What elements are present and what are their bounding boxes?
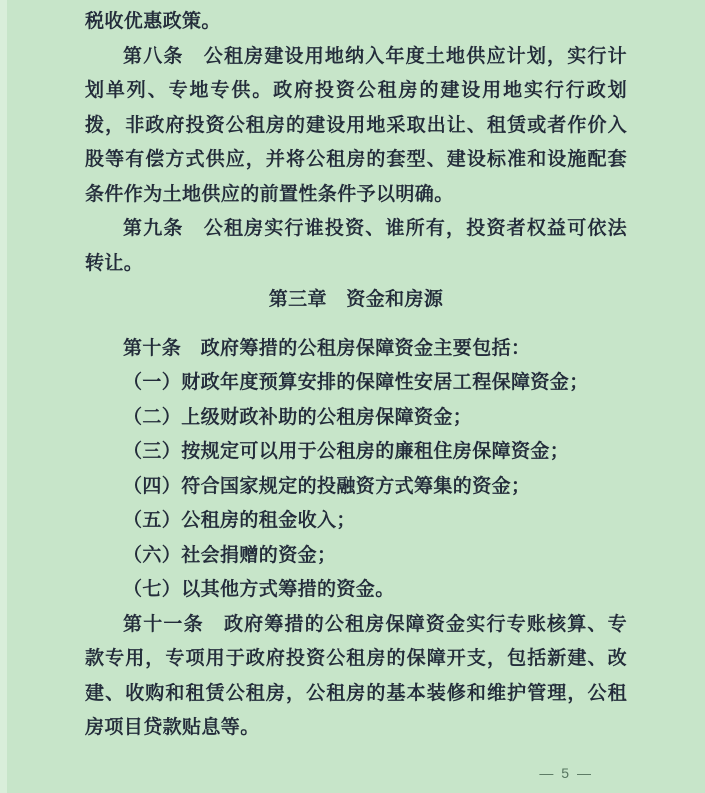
clause-item-6: （六）社会捐赠的资金； (85, 539, 627, 574)
paragraph-article-8: 第八条 公租房建设用地纳入年度土地供应计划，实行计划单列、专地专供。政府投资公租… (85, 40, 627, 213)
paragraph-article-9: 第九条 公租房实行谁投资、谁所有，投资者权益可依法转让。 (85, 212, 627, 281)
page-left-edge (0, 0, 7, 793)
clause-item-2: （二）上级财政补助的公租房保障资金； (85, 401, 627, 436)
clause-item-1: （一）财政年度预算安排的保障性安居工程保障资金； (85, 366, 627, 401)
page-number: — 5 — (539, 765, 593, 781)
clause-item-7: （七）以其他方式筹措的资金。 (85, 573, 627, 608)
paragraph-continuation-tax-policy: 税收优惠政策。 (85, 5, 627, 40)
clause-item-3: （三）按规定可以用于公租房的廉租住房保障资金； (85, 435, 627, 470)
clause-item-5: （五）公租房的租金收入； (85, 504, 627, 539)
paragraph-article-10: 第十条 政府筹措的公租房保障资金主要包括： (85, 332, 627, 367)
clause-item-4: （四）符合国家规定的投融资方式筹集的资金； (85, 470, 627, 505)
document-page-body: 税收优惠政策。 第八条 公租房建设用地纳入年度土地供应计划，实行计划单列、专地专… (85, 5, 627, 746)
chapter-3-heading: 第三章 资金和房源 (85, 283, 627, 318)
paragraph-article-11: 第十一条 政府筹措的公租房保障资金实行专账核算、专款专用，专项用于政府投资公租房… (85, 608, 627, 746)
